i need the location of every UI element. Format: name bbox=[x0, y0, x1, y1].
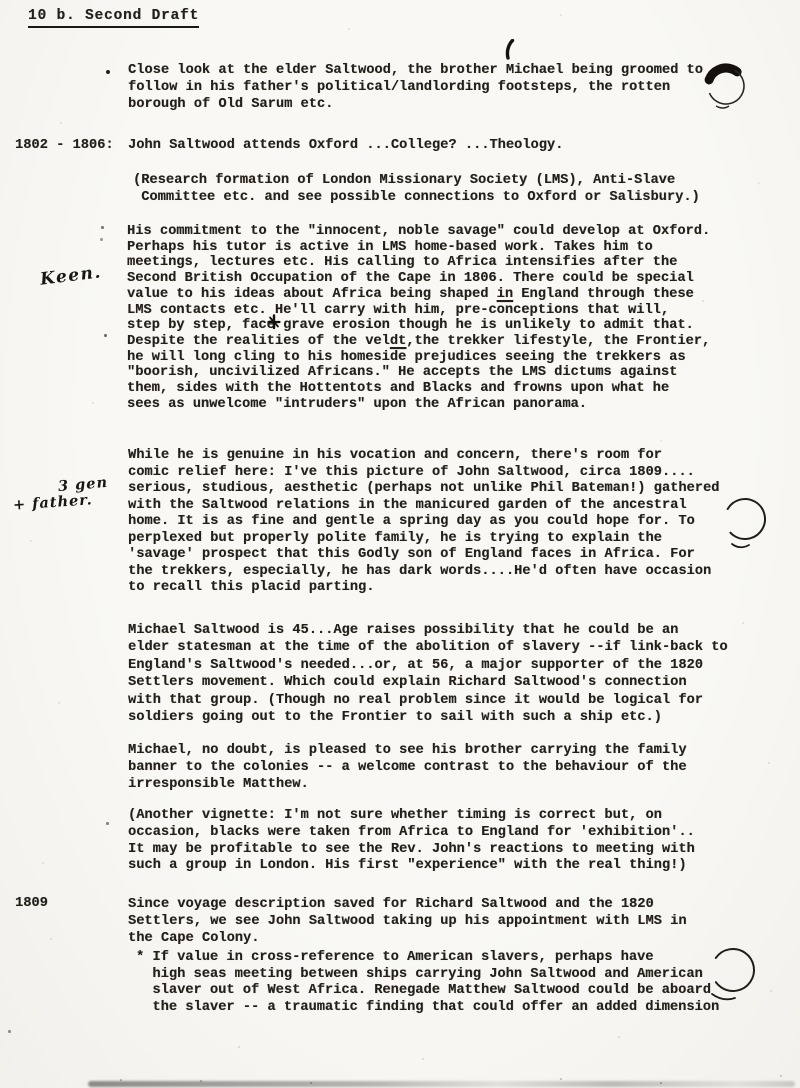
page-title: 10 b. Second Draft bbox=[28, 8, 199, 28]
margin-note-keen: Keen. bbox=[39, 262, 103, 289]
circle-pen-mark-mid-icon bbox=[714, 492, 776, 554]
paragraph-michael-no-doubt: Michael, no doubt, is pleased to see his… bbox=[128, 742, 687, 793]
scanned-document-page: 10 b. Second Draft Close look at the eld… bbox=[0, 0, 800, 1088]
scan-shadow-bottom bbox=[88, 1081, 795, 1087]
date-label-1809: 1809 bbox=[15, 896, 48, 911]
circle-pen-mark-bottom-icon bbox=[700, 942, 766, 1008]
paragraph-research-lms: (Research formation of London Missionary… bbox=[133, 172, 700, 206]
ink-speckles bbox=[0, 0, 3, 3]
bullet-dot bbox=[106, 70, 110, 74]
paragraph-john-attends-oxford: John Saltwood attends Oxford ...College?… bbox=[128, 138, 563, 153]
crescent-pen-mark-icon bbox=[697, 61, 755, 113]
paragraph-close-look: Close look at the elder Saltwood, the br… bbox=[128, 62, 703, 114]
paragraph-while-genuine: While he is genuine in his vocation and … bbox=[128, 448, 719, 597]
paragraph-another-vignette: (Another vignette: I'm not sure whether … bbox=[128, 808, 695, 875]
pen-tick-icon bbox=[504, 39, 516, 60]
date-label-1802-1806: 1802 - 1806: bbox=[15, 138, 114, 153]
paragraph-since-voyage: Since voyage description saved for Richa… bbox=[128, 896, 687, 947]
paragraph-michael-saltwood-45: Michael Saltwood is 45...Age raises poss… bbox=[128, 622, 728, 726]
overstrike-mark-icon bbox=[267, 314, 281, 330]
paragraph-his-commitment: His commitment to the "innocent, noble s… bbox=[127, 224, 710, 412]
margin-note-3gen-line2: + father. bbox=[13, 491, 94, 514]
paragraph-cross-reference-slavers: * If value in cross-reference to America… bbox=[136, 950, 719, 1017]
